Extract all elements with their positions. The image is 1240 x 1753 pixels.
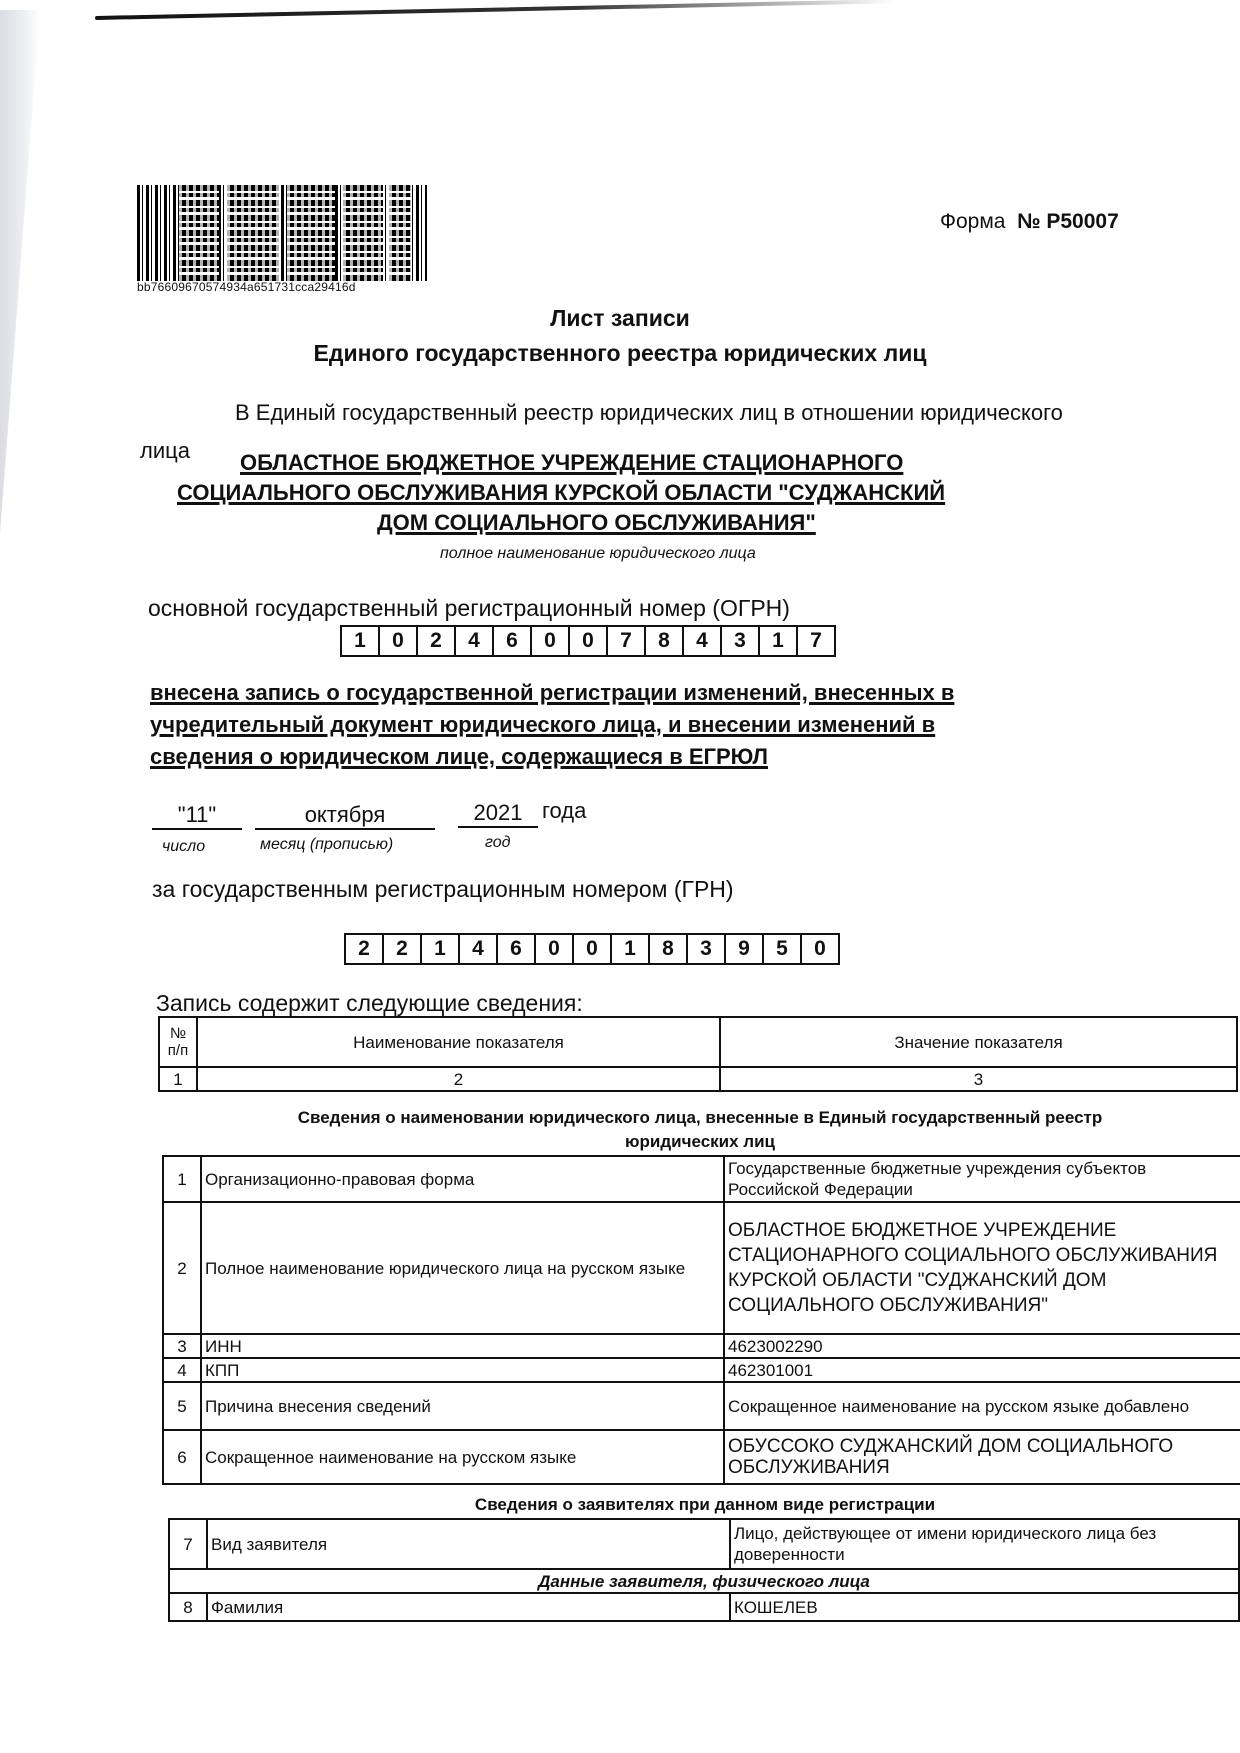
grn-digit: 0 (802, 935, 838, 963)
grn-digit: 1 (612, 935, 650, 963)
row-number: 8 (169, 1593, 207, 1621)
row-value: КОШЕЛЕВ (730, 1593, 1239, 1621)
table-row: 2 Полное наименование юридического лица … (163, 1202, 1240, 1334)
entity-name-line-1: ОБЛАСТНОЕ БЮДЖЕТНОЕ УЧРЕЖДЕНИЕ СТАЦИОНАР… (240, 450, 903, 476)
date-year-caption: год (485, 834, 510, 852)
row-number: 1 (163, 1156, 201, 1202)
row-name: Фамилия (207, 1593, 730, 1621)
intro-text: В Единый государственный реестр юридичес… (235, 400, 1063, 426)
record-statement-line-1: внесена запись о государственной регистр… (150, 680, 954, 706)
ogrn-digit: 7 (608, 627, 646, 655)
scan-page-fold-line (95, 0, 895, 20)
row-value: ОБУССОКО СУДЖАНСКИЙ ДОМ СОЦИАЛЬНОГО ОБСЛ… (724, 1430, 1240, 1484)
ogrn-digit: 4 (456, 627, 494, 655)
table-row: 1 Организационно-правовая форма Государс… (163, 1156, 1240, 1202)
applicant-subheading: Данные заявителя, физического лица (169, 1569, 1239, 1593)
form-number-value: № Р50007 (1017, 210, 1119, 233)
date-month-caption: месяц (прописью) (260, 836, 393, 854)
intro-prefix: лица (140, 438, 190, 464)
grn-digit: 8 (650, 935, 688, 963)
row-number: 5 (163, 1382, 201, 1430)
header-col-name: Наименование показателя (197, 1017, 720, 1067)
row-value: 462301001 (724, 1358, 1240, 1382)
table-row: 3 ИНН 4623002290 (163, 1334, 1240, 1358)
ogrn-digit: 0 (570, 627, 608, 655)
section-name-table: 1 Организационно-правовая форма Государс… (162, 1155, 1240, 1485)
row-name: КПП (201, 1358, 724, 1382)
date-year-suffix: года (542, 798, 586, 824)
row-number: 3 (163, 1334, 201, 1358)
form-number: Форма № Р50007 (940, 210, 1119, 234)
ogrn-digit-boxes: 1 0 2 4 6 0 0 7 8 4 3 1 7 (340, 625, 836, 657)
record-statement-line-3: сведения о юридическом лице, содержащиес… (150, 744, 768, 770)
grn-digit-boxes: 2 2 1 4 6 0 0 1 8 3 9 5 0 (344, 933, 840, 965)
entity-name-line-2: СОЦИАЛЬНОГО ОБСЛУЖИВАНИЯ КУРСКОЙ ОБЛАСТИ… (177, 480, 945, 506)
grn-digit: 2 (384, 935, 422, 963)
table-row: 4 КПП 462301001 (163, 1358, 1240, 1382)
grn-digit: 0 (574, 935, 612, 963)
ogrn-digit: 1 (760, 627, 798, 655)
header-col-value: Значение показателя (720, 1017, 1237, 1067)
table-row: 5 Причина внесения сведений Сокращенное … (163, 1382, 1240, 1430)
scan-page-edge (0, 10, 40, 1753)
row-number: 4 (163, 1358, 201, 1382)
date-day: "11" (152, 802, 242, 830)
form-label: Форма (940, 210, 1005, 233)
header-index-1: 1 (159, 1067, 197, 1091)
row-value: Государственные бюджетные учреждения суб… (724, 1156, 1240, 1202)
entity-name-caption: полное наименование юридического лица (440, 545, 756, 563)
ogrn-label: основной государственный регистрационный… (148, 595, 790, 622)
date-day-caption: число (162, 838, 205, 856)
header-row: № п/п Наименование показателя Значение п… (159, 1017, 1237, 1067)
grn-digit: 3 (688, 935, 726, 963)
barcode-image (137, 185, 427, 281)
row-name: Вид заявителя (207, 1519, 730, 1569)
page-subtitle: Единого государственного реестра юридиче… (0, 340, 1240, 367)
entity-name-line-3: ДОМ СОЦИАЛЬНОГО ОБСЛУЖИВАНИЯ" (377, 510, 816, 536)
header-index-3: 3 (720, 1067, 1237, 1091)
date-month: октября (255, 802, 435, 830)
ogrn-digit: 3 (722, 627, 760, 655)
row-value: 4623002290 (724, 1334, 1240, 1358)
grn-digit: 4 (460, 935, 498, 963)
section-name-heading-2: юридических лиц (160, 1132, 1240, 1152)
row-value: Лицо, действующее от имени юридического … (730, 1519, 1239, 1569)
row-name: Полное наименование юридического лица на… (201, 1202, 724, 1334)
header-index-row: 1 2 3 (159, 1067, 1237, 1091)
header-table: № п/п Наименование показателя Значение п… (158, 1016, 1238, 1092)
grn-digit: 5 (764, 935, 802, 963)
ogrn-digit: 0 (380, 627, 418, 655)
row-name: Причина внесения сведений (201, 1382, 724, 1430)
grn-digit: 0 (536, 935, 574, 963)
table-intro: Запись содержит следующие сведения: (156, 990, 583, 1017)
grn-digit: 2 (346, 935, 384, 963)
barcode-caption: bb76609670574934a651731cca29416d (137, 280, 356, 294)
table-subheading-row: Данные заявителя, физического лица (169, 1569, 1239, 1593)
row-name: Сокращенное наименование на русском язык… (201, 1430, 724, 1484)
ogrn-digit: 2 (418, 627, 456, 655)
table-row: 8 Фамилия КОШЕЛЕВ (169, 1593, 1239, 1621)
row-number: 6 (163, 1430, 201, 1484)
ogrn-digit: 1 (342, 627, 380, 655)
grn-digit: 9 (726, 935, 764, 963)
row-number: 2 (163, 1202, 201, 1334)
grn-digit: 1 (422, 935, 460, 963)
row-name: ИНН (201, 1334, 724, 1358)
grn-digit: 6 (498, 935, 536, 963)
table-row: 7 Вид заявителя Лицо, действующее от име… (169, 1519, 1239, 1569)
section-applicant-table: 7 Вид заявителя Лицо, действующее от име… (168, 1518, 1240, 1622)
date-year: 2021 (458, 800, 538, 828)
section-name-heading-1: Сведения о наименовании юридического лиц… (160, 1108, 1240, 1128)
record-statement-line-2: учредительный документ юридического лица… (150, 712, 935, 738)
section-applicant-heading: Сведения о заявителях при данном виде ре… (165, 1495, 1240, 1515)
grn-label: за государственным регистрационным номер… (152, 876, 734, 903)
ogrn-digit: 4 (684, 627, 722, 655)
ogrn-digit: 7 (798, 627, 834, 655)
page-title: Лист записи (0, 305, 1240, 332)
header-col-num: № п/п (159, 1017, 197, 1067)
table-row: 6 Сокращенное наименование на русском яз… (163, 1430, 1240, 1484)
ogrn-digit: 6 (494, 627, 532, 655)
row-value: Сокращенное наименование на русском язык… (724, 1382, 1240, 1430)
ogrn-digit: 0 (532, 627, 570, 655)
row-value: ОБЛАСТНОЕ БЮДЖЕТНОЕ УЧРЕЖДЕНИЕ СТАЦИОНАР… (724, 1202, 1240, 1334)
row-number: 7 (169, 1519, 207, 1569)
header-index-2: 2 (197, 1067, 720, 1091)
ogrn-digit: 8 (646, 627, 684, 655)
row-name: Организационно-правовая форма (201, 1156, 724, 1202)
